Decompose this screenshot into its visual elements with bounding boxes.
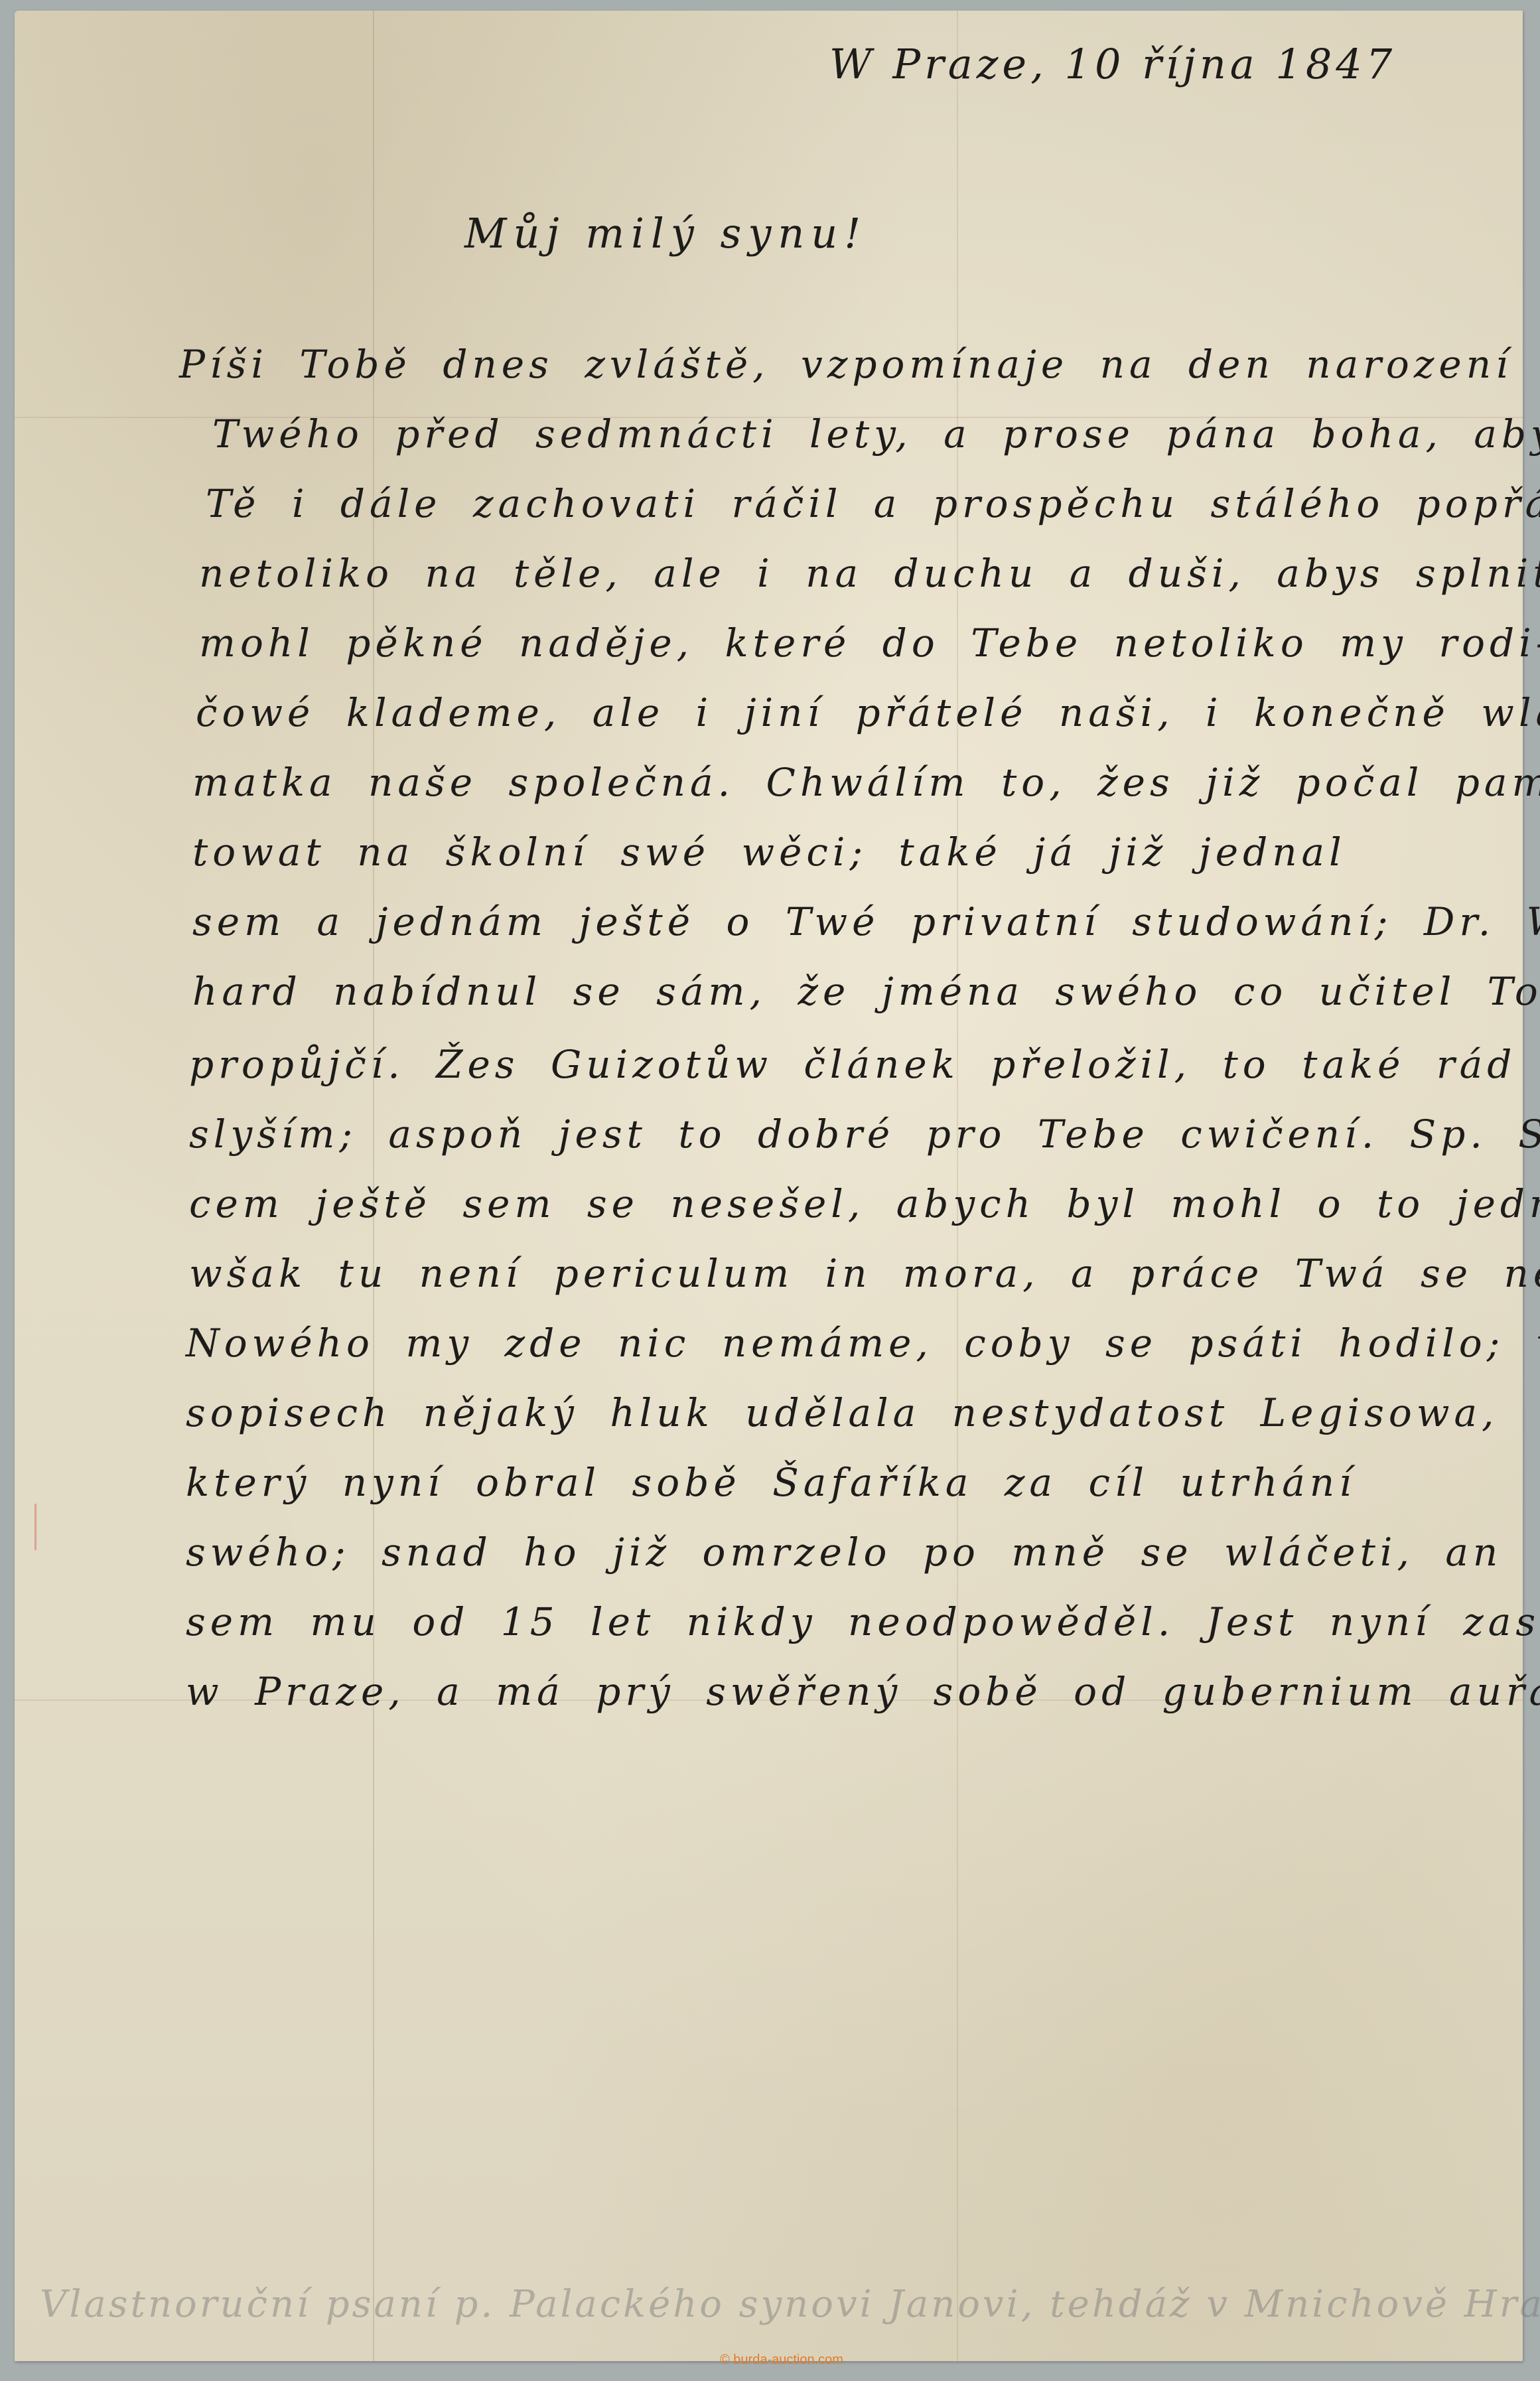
letter-line: w Praze, a má prý swěřený sobě od gubern…: [186, 1669, 1540, 1714]
letter-line: který nyní obral sobě Šafaříka za cíl ut…: [186, 1460, 1356, 1505]
letter-line: sem a jednám ještě o Twé privatní studow…: [192, 899, 1540, 944]
date-line: W Praze, 10 října 1847: [829, 40, 1396, 88]
letter-line: Tě i dále zachovati ráčil a prospěchu st…: [206, 481, 1540, 526]
red-margin-mark: [35, 1504, 36, 1550]
letter-line: Twého před sedmnácti lety, a prose pána …: [212, 411, 1540, 457]
letter-line: sem mu od 15 let nikdy neodpowěděl. Jest…: [186, 1599, 1540, 1644]
letter-line: sopisech nějaký hluk udělala nestydatost…: [186, 1390, 1498, 1435]
letter-line: matka naše společná. Chwálím to, žes již…: [192, 760, 1540, 805]
letter-line: slyším; aspoň jest to dobré pro Tebe cwi…: [189, 1112, 1540, 1157]
letter-line: cem ještě sem se nesešel, abych byl mohl…: [189, 1181, 1540, 1226]
letter-line: propůjčí. Žes Guizotůw článek přeložil, …: [189, 1042, 1516, 1087]
letter-line: towat na školní swé wěci; také já již je…: [192, 830, 1346, 875]
letter-line: wšak tu není periculum in mora, a práce …: [189, 1251, 1540, 1296]
letter-line: mohl pěkné naděje, které do Tebe netolik…: [199, 620, 1540, 666]
letter-line: netoliko na těle, ale i na duchu a duši,…: [199, 551, 1540, 596]
letter-line: swého; snad ho již omrzelo po mně se wlá…: [186, 1530, 1502, 1575]
letter-line: Nowého my zde nic nemáme, coby se psáti …: [186, 1321, 1540, 1366]
pencil-annotation: Vlastnoruční psaní p. Palackého synovi J…: [40, 2283, 1540, 2326]
letter-line: hard nabídnul se sám, že jména swého co …: [192, 969, 1540, 1014]
watermark: © burda-auction.com: [720, 2352, 843, 2368]
salutation: Můj milý synu!: [464, 209, 867, 257]
letter-line: čowé klademe, ale i jiní přátelé naši, i…: [196, 690, 1540, 735]
letter-line: Píši Tobě dnes zvláště, vzpomínaje na de…: [179, 342, 1513, 387]
